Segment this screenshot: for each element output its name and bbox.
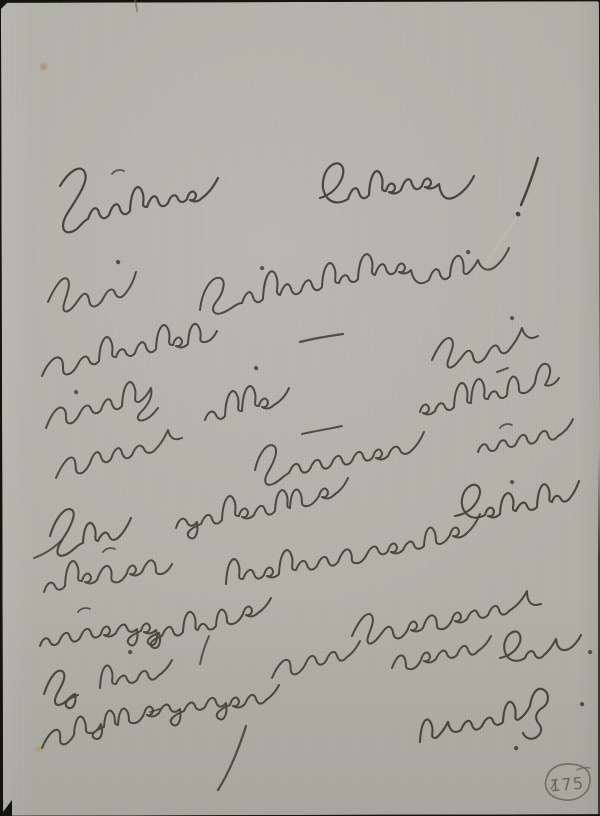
handwriting-layer: 175 <box>0 0 600 816</box>
ink-strokes <box>34 158 590 790</box>
handwriting-line <box>34 478 579 558</box>
handwriting-line <box>40 591 541 648</box>
ink-stroke <box>218 726 246 790</box>
ink-stroke <box>48 272 136 311</box>
ink-stroke <box>226 514 480 584</box>
letter-scan: 175 <box>0 0 600 816</box>
backdrop-corner-bottom-left <box>0 800 12 816</box>
inventory-number-stamp: 175 <box>546 764 591 800</box>
handwriting-line <box>44 632 590 709</box>
handwriting-line <box>42 318 538 376</box>
stamp-number: 175 <box>549 774 585 796</box>
ink-stroke <box>255 432 424 485</box>
ink-stroke <box>432 328 538 368</box>
top-edge-speck <box>135 0 137 11</box>
ink-stroke <box>176 478 348 539</box>
ink-stroke <box>112 170 124 174</box>
handwriting-line <box>46 364 559 428</box>
ink-stroke <box>44 560 172 592</box>
handwriting-line <box>56 419 573 485</box>
ink-stroke <box>200 248 509 314</box>
ink-stroke <box>46 382 158 428</box>
ink-stroke <box>500 632 581 661</box>
ink-stroke <box>60 169 218 233</box>
ink-stroke <box>302 426 342 434</box>
ink-stroke <box>455 481 579 518</box>
handwriting-line <box>42 685 582 790</box>
ink-stroke <box>500 424 512 428</box>
ink-stroke <box>44 671 78 709</box>
ink-stroke <box>420 689 548 742</box>
ink-stroke <box>78 608 90 612</box>
ink-stroke <box>40 598 271 648</box>
stamp-flourish <box>577 768 590 770</box>
ink-stroke <box>50 509 131 556</box>
ink-stroke <box>497 368 508 372</box>
ink-stroke <box>521 158 538 205</box>
handwriting-line <box>44 514 480 592</box>
ink-stroke <box>478 419 573 452</box>
ink-stroke <box>56 430 182 478</box>
backdrop-corner-top-left <box>0 0 10 10</box>
ink-stroke <box>200 636 209 664</box>
ink-stroke <box>150 709 160 712</box>
ink-stroke <box>320 163 474 202</box>
ink-stroke <box>352 591 541 644</box>
ink-stroke <box>42 324 217 376</box>
ink-stroke <box>205 386 289 420</box>
ink-stroke <box>392 636 491 669</box>
ink-stroke <box>420 364 559 415</box>
ink-stroke <box>103 548 115 552</box>
ink-stroke <box>272 641 360 678</box>
handwriting-line <box>48 248 509 314</box>
ink-stroke <box>300 334 343 342</box>
ink-stroke <box>100 660 172 688</box>
handwriting-line <box>60 158 538 232</box>
